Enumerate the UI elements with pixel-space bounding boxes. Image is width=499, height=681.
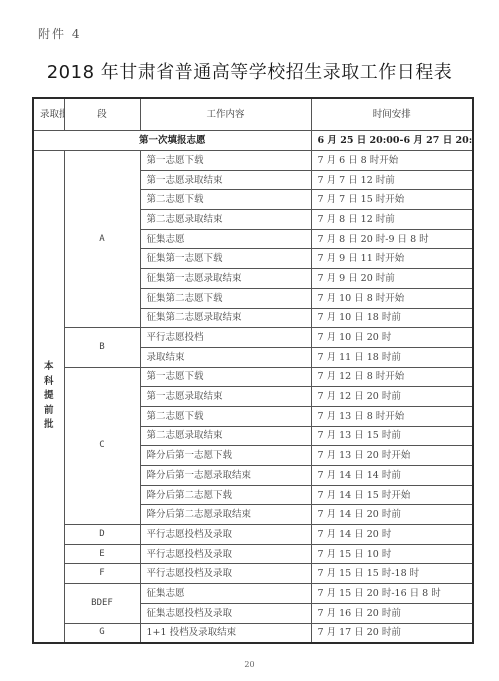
page-number: 20: [0, 660, 499, 669]
time-cell: 7 月 9 日 20 时前: [311, 269, 473, 289]
table-row: BDEF征集志愿7 月 15 日 20 时-16 日 8 时: [33, 584, 473, 604]
column-header-task: 工作内容: [140, 98, 311, 131]
task-cell: 第二志愿录取结束: [140, 210, 311, 230]
first-fill-label: 第一次填报志愿: [33, 131, 311, 151]
batch-label: 本科提前批: [43, 360, 55, 433]
task-cell: 征集志愿投档及录取: [140, 603, 311, 623]
task-cell: 第一志愿录取结束: [140, 170, 311, 190]
column-header-batch: 录取批次: [33, 98, 64, 131]
time-cell: 7 月 15 日 10 时: [311, 544, 473, 564]
task-cell: 第二志愿下载: [140, 406, 311, 426]
table-row: C第一志愿下载7 月 12 日 8 时开始: [33, 367, 473, 387]
task-cell: 降分后第一志愿下载: [140, 446, 311, 466]
time-cell: 7 月 14 日 20 时: [311, 525, 473, 545]
time-cell: 7 月 7 日 15 时开始: [311, 190, 473, 210]
time-cell: 7 月 14 日 20 时前: [311, 505, 473, 525]
time-cell: 7 月 7 日 12 时前: [311, 170, 473, 190]
task-cell: 平行志愿投档及录取: [140, 564, 311, 584]
time-cell: 7 月 10 日 18 时前: [311, 308, 473, 328]
segment-cell: C: [64, 367, 140, 525]
segment-cell: B: [64, 328, 140, 367]
attachment-label: 附件 4: [38, 25, 81, 42]
time-cell: 7 月 10 日 8 时开始: [311, 288, 473, 308]
time-cell: 7 月 13 日 20 时开始: [311, 446, 473, 466]
time-cell: 7 月 13 日 15 时前: [311, 426, 473, 446]
first-fill-time: 6 月 25 日 20:00-6 月 27 日 20:00: [311, 131, 473, 151]
segment-cell: E: [64, 544, 140, 564]
time-cell: 7 月 8 日 20 时-9 日 8 时: [311, 229, 473, 249]
task-cell: 平行志愿投档及录取: [140, 525, 311, 545]
task-cell: 第一志愿录取结束: [140, 387, 311, 407]
task-cell: 征集第二志愿下载: [140, 288, 311, 308]
time-cell: 7 月 14 日 14 时前: [311, 466, 473, 486]
table-row: E平行志愿投档及录取7 月 15 日 10 时: [33, 544, 473, 564]
task-cell: 征集第一志愿录取结束: [140, 269, 311, 289]
task-cell: 降分后第二志愿下载: [140, 485, 311, 505]
time-cell: 7 月 6 日 8 时开始: [311, 151, 473, 171]
table-row: G1+1 投档及录取结束7 月 17 日 20 时前: [33, 623, 473, 643]
time-cell: 7 月 13 日 8 时开始: [311, 406, 473, 426]
table-row: D平行志愿投档及录取7 月 14 日 20 时: [33, 525, 473, 545]
task-cell: 平行志愿投档: [140, 328, 311, 348]
time-cell: 7 月 10 日 20 时: [311, 328, 473, 348]
task-cell: 降分后第二志愿录取结束: [140, 505, 311, 525]
task-cell: 征集志愿: [140, 229, 311, 249]
time-cell: 7 月 16 日 20 时前: [311, 603, 473, 623]
task-cell: 第一志愿下载: [140, 151, 311, 171]
table-row: F平行志愿投档及录取7 月 15 日 15 时-18 时: [33, 564, 473, 584]
time-cell: 7 月 15 日 20 时-16 日 8 时: [311, 584, 473, 604]
segment-cell: D: [64, 525, 140, 545]
task-cell: 第二志愿下载: [140, 190, 311, 210]
task-cell: 征集第二志愿录取结束: [140, 308, 311, 328]
time-cell: 7 月 11 日 18 时前: [311, 347, 473, 367]
page-title: 2018 年甘肃省普通高等学校招生录取工作日程表: [0, 58, 499, 84]
task-cell: 1+1 投档及录取结束: [140, 623, 311, 643]
table-row: 本科提前批A第一志愿下载7 月 6 日 8 时开始: [33, 151, 473, 171]
segment-cell: F: [64, 564, 140, 584]
task-cell: 降分后第一志愿录取结束: [140, 466, 311, 486]
batch-cell: 本科提前批: [33, 151, 64, 644]
time-cell: 7 月 17 日 20 时前: [311, 623, 473, 643]
table-row: B平行志愿投档7 月 10 日 20 时: [33, 328, 473, 348]
time-cell: 7 月 12 日 8 时开始: [311, 367, 473, 387]
task-cell: 平行志愿投档及录取: [140, 544, 311, 564]
time-cell: 7 月 15 日 15 时-18 时: [311, 564, 473, 584]
first-fill-row: 第一次填报志愿 6 月 25 日 20:00-6 月 27 日 20:00: [33, 131, 473, 151]
segment-cell: G: [64, 623, 140, 643]
task-cell: 第二志愿录取结束: [140, 426, 311, 446]
task-cell: 征集志愿: [140, 584, 311, 604]
time-cell: 7 月 8 日 12 时前: [311, 210, 473, 230]
segment-cell: A: [64, 151, 140, 328]
segment-cell: BDEF: [64, 584, 140, 623]
task-cell: 第一志愿下载: [140, 367, 311, 387]
time-cell: 7 月 12 日 20 时前: [311, 387, 473, 407]
time-cell: 7 月 9 日 11 时开始: [311, 249, 473, 269]
task-cell: 录取结束: [140, 347, 311, 367]
schedule-table: 录取批次 段 工作内容 时间安排 第一次填报志愿 6 月 25 日 20:00-…: [32, 97, 474, 644]
column-header-segment: 段: [64, 98, 140, 131]
time-cell: 7 月 14 日 15 时开始: [311, 485, 473, 505]
task-cell: 征集第一志愿下载: [140, 249, 311, 269]
table-header-row: 录取批次 段 工作内容 时间安排: [33, 98, 473, 131]
column-header-time: 时间安排: [311, 98, 473, 131]
